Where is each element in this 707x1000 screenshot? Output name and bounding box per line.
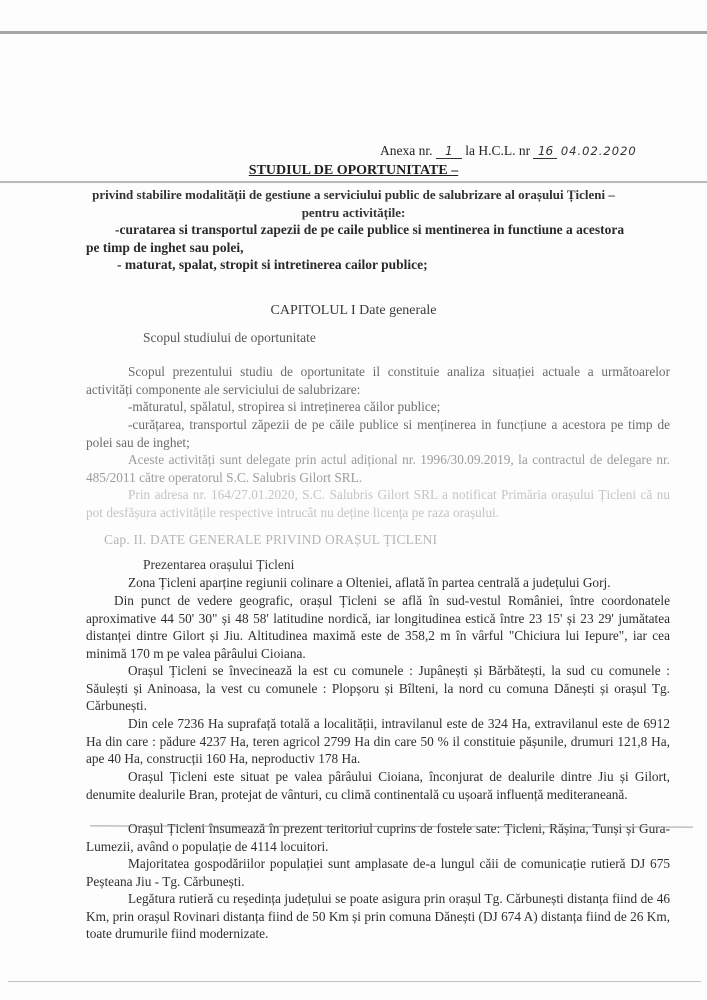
document-title: STUDIUL DE OPORTUNITATE – xyxy=(0,163,707,179)
activity-item-continued: pe timp de inghet sau polei, xyxy=(86,240,244,256)
paragraph: Din punct de vedere geografic, orașul Ți… xyxy=(86,592,670,662)
chapter-heading: CAPITOLUL I Date generale xyxy=(0,303,707,319)
hcl-label: la H.C.L. nr xyxy=(465,143,530,158)
paragraph: -curățarea, transportul zăpezii de pe că… xyxy=(86,416,670,451)
paragraph: Orașul Țicleni se învecinează la est cu … xyxy=(86,662,670,715)
scan-artifact-line xyxy=(0,31,707,34)
annex-reference: Anexa nr. 1 la H.C.L. nr 16 04.02.2020 xyxy=(380,143,637,159)
paragraph: Aceste activități sunt delegate prin act… xyxy=(86,451,670,486)
hcl-date: 04.02.2020 xyxy=(561,144,637,158)
scan-artifact-line xyxy=(0,181,707,183)
activity-item: - maturat, spalat, stropit si intretiner… xyxy=(117,257,428,273)
hcl-number: 16 xyxy=(533,144,557,159)
section-heading: Prezentarea orașului Țicleni xyxy=(143,557,294,573)
paragraph: Legătura rutieră cu reședința județului … xyxy=(86,890,670,943)
section-heading: Scopul studiului de oportunitate xyxy=(143,330,316,346)
document-subtitle-activities: pentru activitățile: xyxy=(0,205,707,221)
annex-label: Anexa nr. xyxy=(380,143,432,158)
chapter-heading: Cap. II. DATE GENERALE PRIVIND ORAȘUL ȚI… xyxy=(104,532,437,548)
activity-item: -curatarea si transportul zapezii de pe … xyxy=(115,222,624,238)
paragraph: -măturatul, spălatul, stropirea si intre… xyxy=(86,398,670,416)
document-subtitle: privind stabilire modalității de gestiun… xyxy=(0,187,707,203)
paragraph: Din cele 7236 Ha suprafață totală a loca… xyxy=(86,715,670,768)
scan-artifact-line xyxy=(8,981,701,982)
paragraph: Prin adresa nr. 164/27.01.2020, S.C. Sal… xyxy=(86,486,670,521)
paragraph: Scopul prezentului studiu de oportunitat… xyxy=(86,363,670,398)
paragraph: Zona Țicleni aparține regiunii colinare … xyxy=(86,574,670,592)
paragraph: Majoritatea gospodăriilor populației sun… xyxy=(86,855,670,890)
annex-number: 1 xyxy=(436,144,462,159)
paragraph: Orașul Țicleni este situat pe valea pârâ… xyxy=(86,768,670,803)
